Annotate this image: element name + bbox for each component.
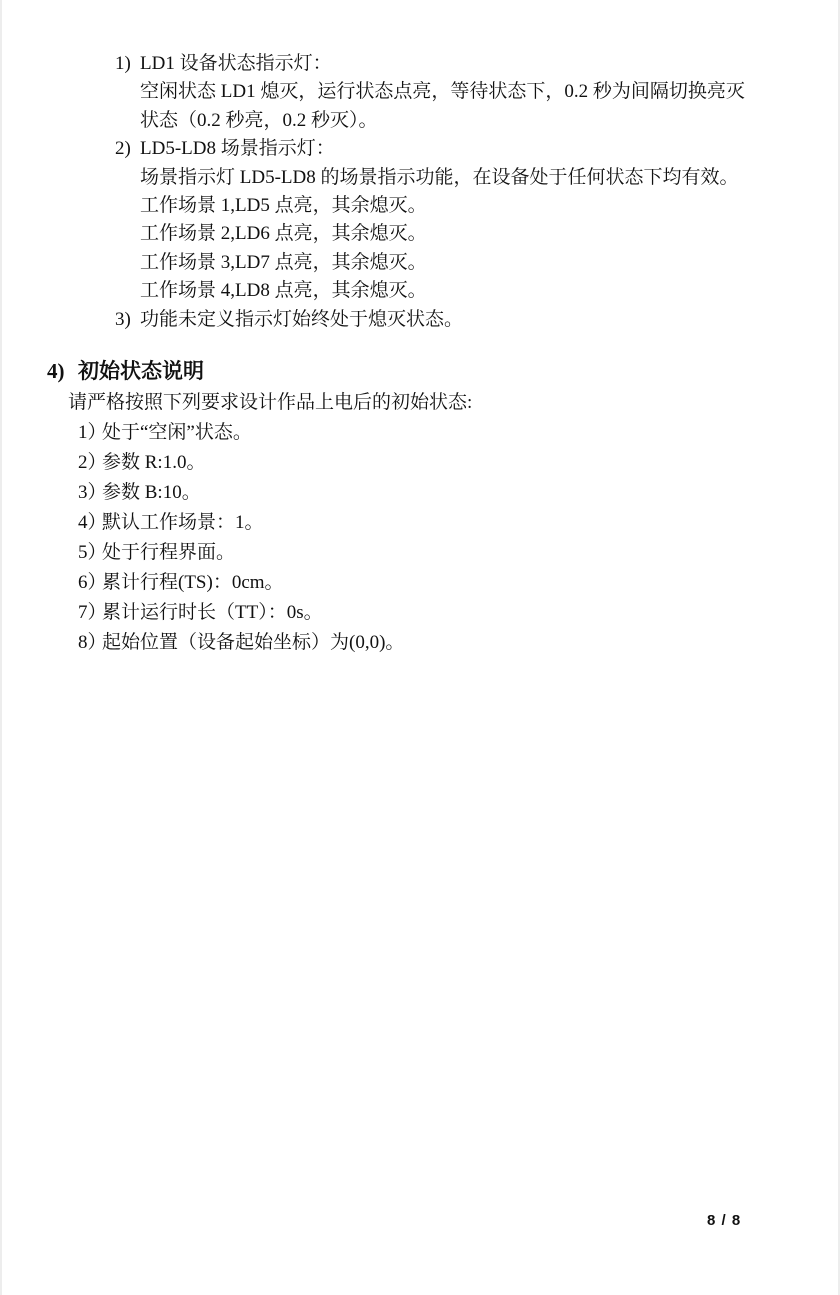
item-number: 7） xyxy=(78,598,102,628)
item-number: 4） xyxy=(78,508,102,538)
item-number: 3) xyxy=(115,306,140,334)
section-number: 4) xyxy=(47,356,78,386)
item-text: 累计行程(TS)：0cm。 xyxy=(102,568,284,598)
section-title: 初始状态说明 xyxy=(78,359,204,383)
list-item: 5） 处于行程界面。 xyxy=(78,538,810,568)
list-item: 3） 参数 B:10。 xyxy=(78,478,810,508)
item-lines: 功能未定义指示灯始终处于熄灭状态。 xyxy=(140,306,810,334)
item-number: 8） xyxy=(78,628,102,658)
list-item: 1） 处于“空闲”状态。 xyxy=(78,418,810,448)
initial-state-list: 1） 处于“空闲”状态。 2） 参数 R:1.0。 3） 参数 B:10。 4）… xyxy=(78,418,810,658)
list-item: 3) 功能未定义指示灯始终处于熄灭状态。 xyxy=(115,306,810,334)
item-line: LD5-LD8 场景指示灯： xyxy=(140,135,810,163)
item-line: 状态（0.2 秒亮，0.2 秒灭）。 xyxy=(140,107,810,135)
list-item: 8） 起始位置（设备起始坐标）为(0,0)。 xyxy=(78,628,810,658)
item-text: 参数 R:1.0。 xyxy=(102,448,205,478)
led-indicator-list: 1) LD1 设备状态指示灯： 空闲状态 LD1 熄灭，运行状态点亮，等待状态下… xyxy=(115,50,810,334)
item-number: 1） xyxy=(78,418,102,448)
section-heading: 4)初始状态说明 xyxy=(47,356,204,386)
item-line: LD1 设备状态指示灯： xyxy=(140,50,810,78)
item-line: 功能未定义指示灯始终处于熄灭状态。 xyxy=(140,306,810,334)
item-number: 2) xyxy=(115,135,140,305)
item-number: 2） xyxy=(78,448,102,478)
list-item: 2) LD5-LD8 场景指示灯： 场景指示灯 LD5-LD8 的场景指示功能，… xyxy=(115,135,810,305)
item-text: 累计运行时长（TT）：0s。 xyxy=(102,598,323,628)
item-text: 默认工作场景：1。 xyxy=(102,508,264,538)
list-item: 4） 默认工作场景：1。 xyxy=(78,508,810,538)
page-number: 8 / 8 xyxy=(707,1212,741,1229)
item-text: 参数 B:10。 xyxy=(102,478,201,508)
item-line: 工作场景 1,LD5 点亮，其余熄灭。 xyxy=(140,192,810,220)
item-line: 空闲状态 LD1 熄灭，运行状态点亮，等待状态下，0.2 秒为间隔切换亮灭 xyxy=(140,78,810,106)
intro-paragraph: 请严格按照下列要求设计作品上电后的初始状态: xyxy=(68,388,472,418)
item-lines: LD1 设备状态指示灯： 空闲状态 LD1 熄灭，运行状态点亮，等待状态下，0.… xyxy=(140,50,810,135)
item-line: 工作场景 4,LD8 点亮，其余熄灭。 xyxy=(140,277,810,305)
document-page: 1) LD1 设备状态指示灯： 空闲状态 LD1 熄灭，运行状态点亮，等待状态下… xyxy=(0,0,840,1295)
list-item: 6） 累计行程(TS)：0cm。 xyxy=(78,568,810,598)
item-number: 1) xyxy=(115,50,140,135)
item-text: 处于行程界面。 xyxy=(102,538,235,568)
list-item: 7） 累计运行时长（TT）：0s。 xyxy=(78,598,810,628)
item-line: 场景指示灯 LD5-LD8 的场景指示功能，在设备处于任何状态下均有效。 xyxy=(140,164,810,192)
item-text: 起始位置（设备起始坐标）为(0,0)。 xyxy=(102,628,404,658)
list-item: 2） 参数 R:1.0。 xyxy=(78,448,810,478)
item-number: 5） xyxy=(78,538,102,568)
item-line: 工作场景 2,LD6 点亮，其余熄灭。 xyxy=(140,220,810,248)
item-lines: LD5-LD8 场景指示灯： 场景指示灯 LD5-LD8 的场景指示功能，在设备… xyxy=(140,135,810,305)
item-line: 工作场景 3,LD7 点亮，其余熄灭。 xyxy=(140,249,810,277)
item-text: 处于“空闲”状态。 xyxy=(102,418,252,448)
item-number: 6） xyxy=(78,568,102,598)
page-left-edge xyxy=(0,0,2,1295)
list-item: 1) LD1 设备状态指示灯： 空闲状态 LD1 熄灭，运行状态点亮，等待状态下… xyxy=(115,50,810,135)
item-number: 3） xyxy=(78,478,102,508)
